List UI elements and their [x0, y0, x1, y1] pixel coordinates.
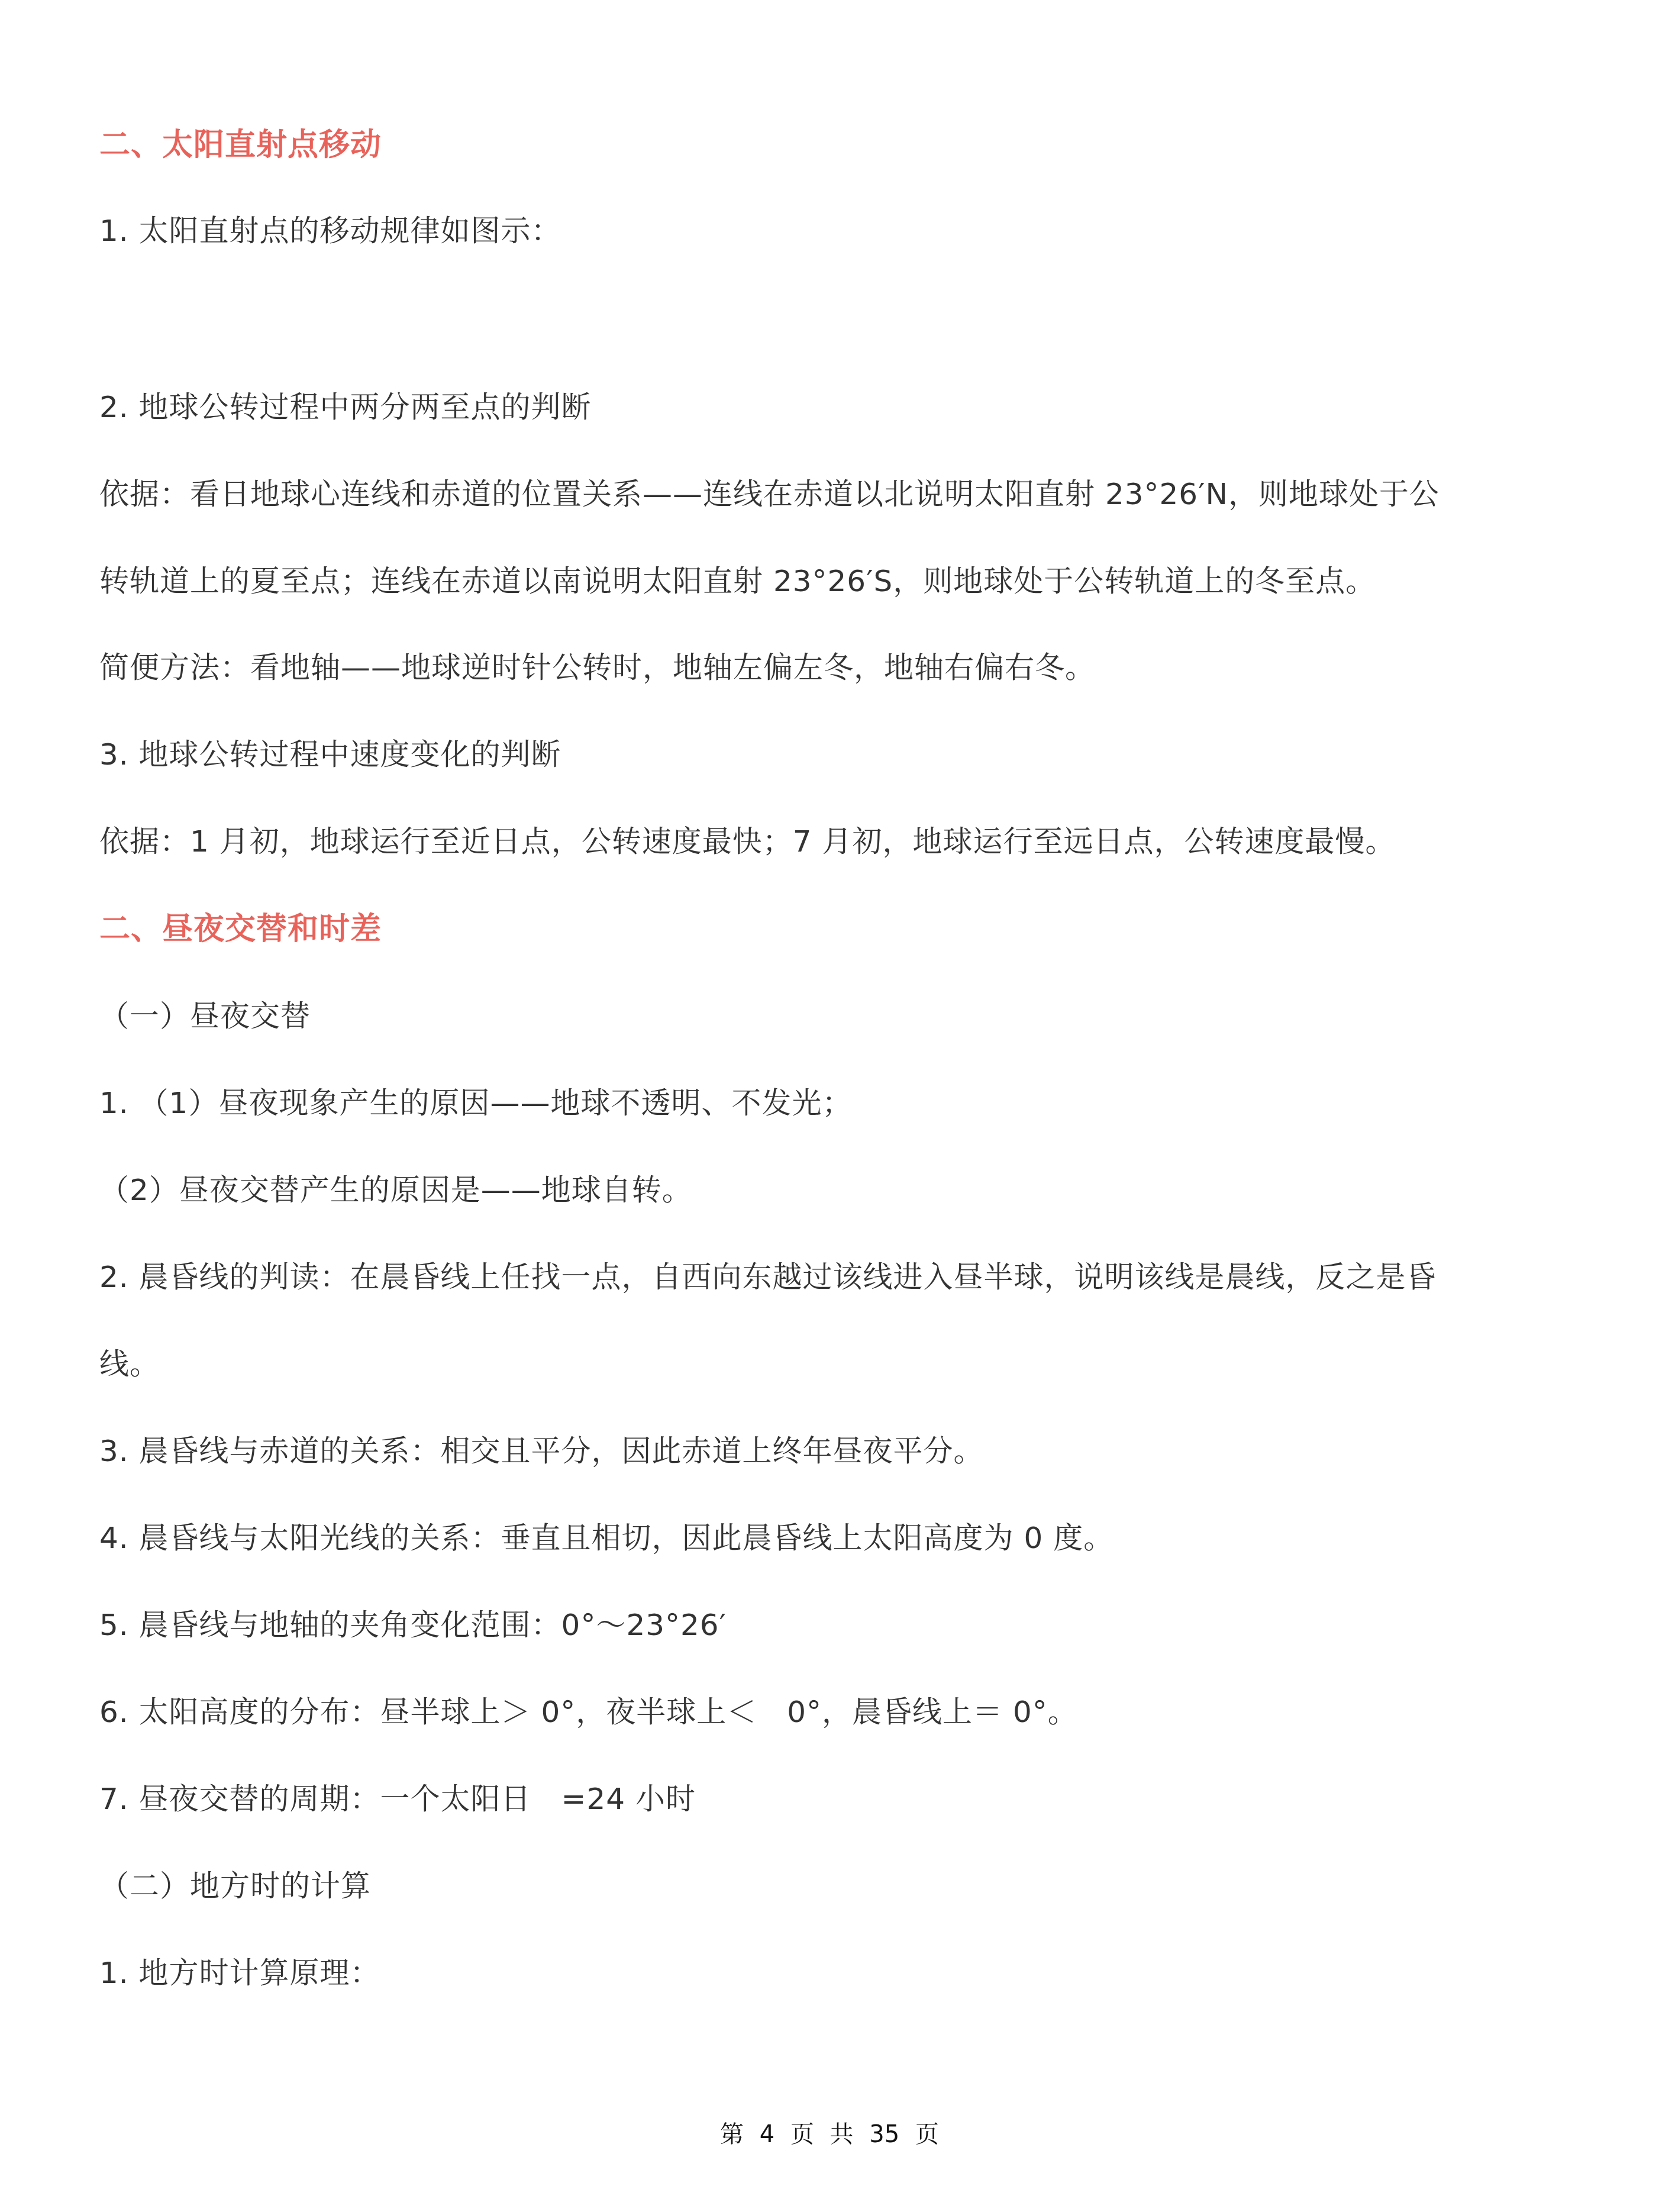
current-page-number: 4: [760, 2121, 774, 2148]
section-heading-day-night: 二、昼夜交替和时差: [99, 905, 382, 953]
footer-middle: 页 共: [790, 2121, 854, 2148]
paragraph-line: 1. （1）昼夜现象产生的原因——地球不透明、不发光；: [99, 1079, 852, 1127]
paragraph-line: 7. 昼夜交替的周期：一个太阳日 =24 小时: [99, 1775, 696, 1823]
document-page: 二、太阳直射点移动 1. 太阳直射点的移动规律如图示： 2. 地球公转过程中两分…: [0, 0, 1659, 2212]
paragraph-line: 1. 太阳直射点的移动规律如图示：: [99, 207, 561, 254]
paragraph-line: 转轨道上的夏至点；连线在赤道以南说明太阳直射 23°26′S，则地球处于公转轨道…: [99, 557, 1376, 605]
footer-prefix: 第: [720, 2121, 744, 2148]
paragraph-line: 依据：看日地球心连线和赤道的位置关系——连线在赤道以北说明太阳直射 23°26′…: [99, 470, 1439, 518]
paragraph-line: 3. 地球公转过程中速度变化的判断: [99, 731, 561, 778]
footer-suffix: 页: [915, 2121, 939, 2148]
paragraph-line: 线。: [99, 1340, 160, 1388]
paragraph-line: 2. 地球公转过程中两分两至点的判断: [99, 383, 592, 431]
subsection-heading: （一）昼夜交替: [99, 992, 311, 1040]
paragraph-line: 3. 晨昏线与赤道的关系：相交且平分，因此赤道上终年昼夜平分。: [99, 1427, 984, 1475]
subsection-heading: （二）地方时的计算: [99, 1862, 371, 1910]
total-pages-number: 35: [869, 2121, 899, 2148]
page-footer: 第 4 页 共 35 页: [0, 2114, 1659, 2155]
paragraph-line: 2. 晨昏线的判读：在晨昏线上任找一点，自西向东越过该线进入昼半球，说明该线是晨…: [99, 1253, 1437, 1301]
missing-figure-area: [99, 266, 1555, 379]
paragraph-line: 依据：1 月初，地球运行至近日点，公转速度最快；7 月初，地球运行至远日点，公转…: [99, 818, 1395, 865]
paragraph-line: 4. 晨昏线与太阳光线的关系：垂直且相切，因此晨昏线上太阳高度为 0 度。: [99, 1514, 1113, 1562]
paragraph-line: 简便方法：看地轴——地球逆时针公转时，地轴左偏左冬，地轴右偏右冬。: [99, 644, 1095, 691]
paragraph-line: 1. 地方时计算原理：: [99, 1949, 380, 1997]
paragraph-line: 5. 晨昏线与地轴的夹角变化范围：0°～23°26′: [99, 1601, 727, 1649]
section-heading-solar-direct-point: 二、太阳直射点移动: [99, 121, 382, 169]
paragraph-line: 6. 太阳高度的分布：昼半球上＞ 0°，夜半球上＜ 0°，晨昏线上＝ 0°。: [99, 1688, 1078, 1736]
paragraph-line: （2）昼夜交替产生的原因是——地球自转。: [99, 1166, 692, 1214]
